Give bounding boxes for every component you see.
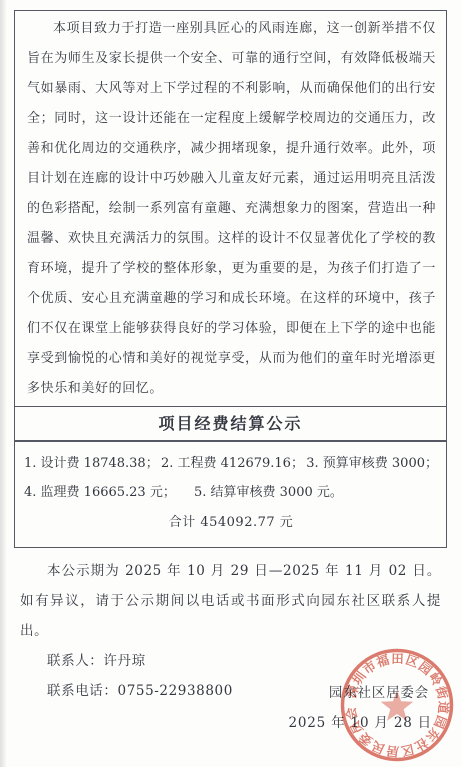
fee-table-body: 1. 设计费 18748.38； 2. 工程费 412679.16； 3. 预算… — [15, 442, 446, 547]
fee-item-engineering: 2. 工程费 412679.16； — [161, 449, 304, 478]
fee-line-1: 1. 设计费 18748.38； 2. 工程费 412679.16； 3. 预算… — [24, 449, 438, 478]
fee-item-settlement-audit: 5. 结算审核费 3000 元。 — [194, 485, 343, 500]
fee-total: 合计 454092.77 元 — [24, 508, 438, 538]
signature-date: 2025 年 10 月 28 日 — [212, 708, 432, 738]
notice-document-page: 本项目致力于打造一座别具匠心的风雨连廊，这一创新举措不仅旨在为师生及家长提供一个… — [0, 0, 462, 767]
fee-item-design: 1. 设计费 18748.38； — [24, 449, 159, 478]
table-title: 项目经费结算公示 — [15, 407, 446, 442]
project-description-paragraph: 本项目致力于打造一座别具匠心的风雨连廊，这一创新举措不仅旨在为师生及家长提供一个… — [15, 11, 446, 407]
signature-organization: 园东社区居委会 — [212, 678, 432, 708]
scan-edge-artifact — [0, 0, 6, 767]
fee-item-supervision: 4. 监理费 16665.23 元； — [24, 485, 176, 500]
fee-item-budget-audit: 3. 预算审核费 3000； — [306, 449, 438, 478]
main-bordered-block: 本项目致力于打造一座别具匠心的风雨连廊，这一创新举措不仅旨在为师生及家长提供一个… — [14, 10, 447, 548]
fee-line-2: 4. 监理费 16665.23 元； 5. 结算审核费 3000 元。 — [24, 478, 438, 508]
notice-period-text: 本公示期为 2025 年 10 月 29 日—2025 年 11 月 02 日。… — [20, 556, 441, 646]
signature-block: 园东社区居委会 2025 年 10 月 28 日 — [212, 678, 432, 738]
contact-person: 联系人：许丹琼 — [20, 646, 441, 676]
